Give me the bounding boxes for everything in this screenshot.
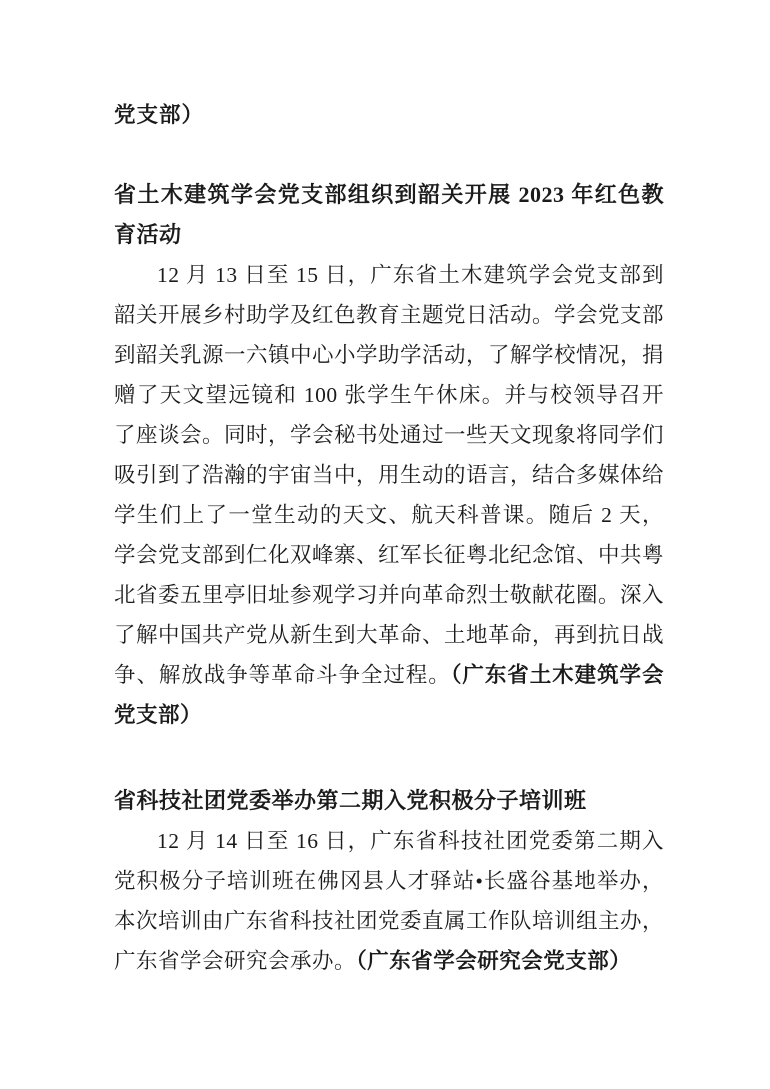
document-page: 党支部） 省土木建筑学会党支部组织到韶关开展 2023 年红色教育活动 12 月… <box>0 0 770 1089</box>
section-heading: 省土木建筑学会党支部组织到韶关开展 2023 年红色教育活动 <box>114 175 664 255</box>
previous-section-attribution-fragment: 党支部） <box>114 95 664 135</box>
section-paragraph: 12 月 13 日至 15 日，广东省土木建筑学会党支部到韶关开展乡村助学及红色… <box>114 255 664 735</box>
section-heading: 省科技社团党委举办第二期入党积极分子培训班 <box>114 781 664 821</box>
section-civil-engineering-society: 省土木建筑学会党支部组织到韶关开展 2023 年红色教育活动 12 月 13 日… <box>114 175 664 735</box>
section-science-tech-association: 省科技社团党委举办第二期入党积极分子培训班 12 月 14 日至 16 日，广东… <box>114 781 664 981</box>
section-attribution: （广东省学会研究会党支部） <box>356 949 631 973</box>
section-paragraph: 12 月 14 日至 16 日，广东省科技社团党委第二期入党积极分子培训班在佛冈… <box>114 821 664 981</box>
section-body-text: 12 月 13 日至 15 日，广东省土木建筑学会党支部到韶关开展乡村助学及红色… <box>114 263 664 687</box>
